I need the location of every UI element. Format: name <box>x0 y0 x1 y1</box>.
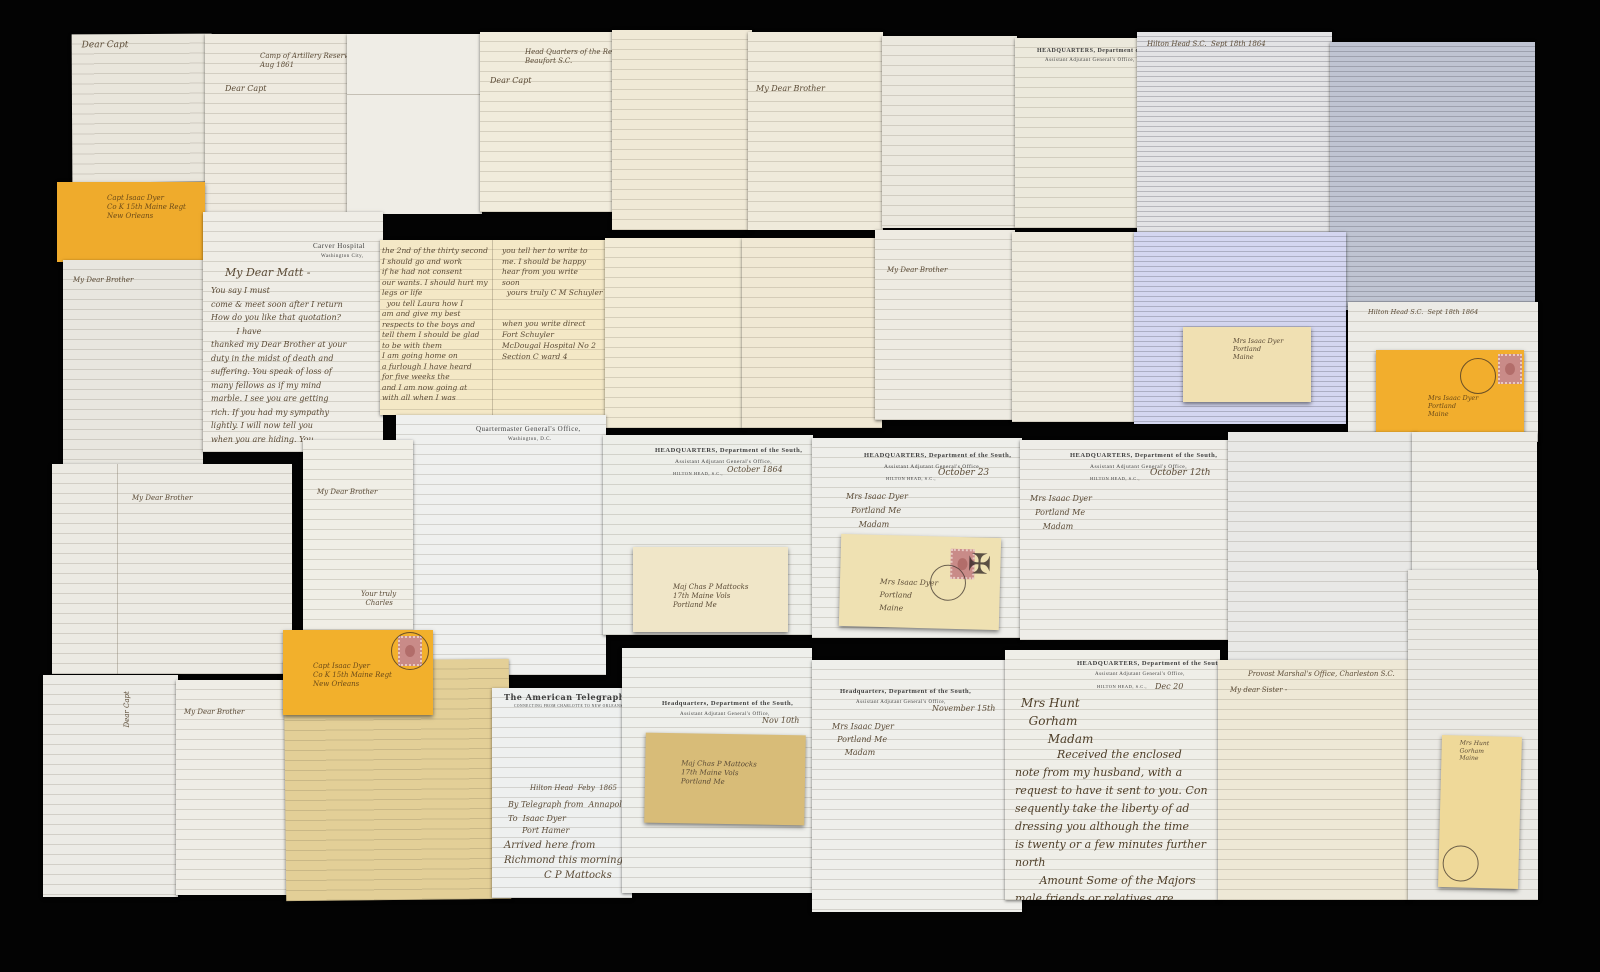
cancellation-mark: ✠ <box>964 549 995 580</box>
telegram-date: Hilton Head Feby 1865 <box>530 784 617 793</box>
letter-salutation: My Dear Brother <box>73 276 133 285</box>
letter-camp: Head Quarters of the Regt Beaufort S.C. … <box>480 32 615 212</box>
fold-line <box>117 464 118 674</box>
letter-brother-left: My Dear Brother <box>63 260 203 465</box>
telegram-body: Arrived here from Richmond this morning <box>504 838 623 868</box>
letterhead-title: HEADQUARTERS, Department of the South, <box>1077 660 1220 667</box>
letterhead-subtitle: Assistant Adjutant General's Office, <box>1045 58 1135 63</box>
envelope-mattocks: Maj Chas P Mattocks 17th Maine Vols Port… <box>633 547 788 632</box>
fold-line <box>492 240 493 415</box>
letter-dear-matt: Carver Hospital Washington City, My Dear… <box>203 212 383 452</box>
letterhead-title: Carver Hospital <box>313 242 365 250</box>
letter-center-row2-b <box>742 238 882 428</box>
letter-blue-top <box>1330 42 1535 310</box>
letter-heading: Head Quarters of the Regt Beaufort S.C. <box>525 48 615 66</box>
fold-line <box>347 94 482 95</box>
envelope-address: Mrs Isaac Dyer Portland Maine <box>1233 337 1283 361</box>
letter-center-row2-c: My Dear Brother <box>875 230 1015 420</box>
envelope-orange-right: Mrs Isaac Dyer Portland Maine <box>1376 350 1524 435</box>
letter-right-row3 <box>1228 432 1418 662</box>
envelope-address: Capt Isaac Dyer Co K 15th Maine Regt New… <box>107 194 186 220</box>
letter-salutation: My Dear Brother <box>317 488 377 497</box>
envelope-address: Mrs Isaac Dyer Portland Maine <box>879 575 938 616</box>
envelope-address: Maj Chas P Mattocks 17th Maine Vols Port… <box>681 759 757 787</box>
letter-date: Nov 10th <box>762 716 799 726</box>
telegraph-company-title: The American Telegraph Company. <box>504 692 632 702</box>
envelope-stained: Maj Chas P Mattocks 17th Maine Vols Port… <box>644 733 806 826</box>
letter-far-right-row3 <box>1412 432 1537 572</box>
letterhead-place: HILTON HEAD, S.C., <box>1090 476 1140 481</box>
letter-salutation: Mrs Isaac Dyer Portland Me Madam <box>846 490 908 532</box>
envelope-orange-csa: Capt Isaac Dyer Co K 15th Maine Regt New… <box>283 630 433 715</box>
letter-top-blank <box>347 34 482 214</box>
letter-top-center-3 <box>882 36 1017 228</box>
letter-hq-top: HEADQUARTERS, Department of the South, A… <box>1015 38 1145 228</box>
envelope-address: Mrs Hunt Gorham Maine <box>1459 739 1489 762</box>
letterhead-subtitle: Assistant Adjutant General's Office, <box>1095 672 1185 677</box>
letter-bottom-left-1: Dear Capt <box>43 675 178 897</box>
letter-hq-2: HEADQUARTERS, Department of the South, A… <box>1020 440 1230 640</box>
letter-top-center-2: My Dear Brother <box>748 32 883 230</box>
envelope-address: Capt Isaac Dyer Co K 15th Maine Regt New… <box>313 662 392 688</box>
envelope-address: Mrs Isaac Dyer Portland Maine <box>1428 394 1478 418</box>
postage-stamp <box>1498 354 1522 384</box>
letterhead-title: Quartermaster General's Office, <box>476 425 581 433</box>
letter-top-left-2: Camp of Artillery Reserve Aug 1861 Dear … <box>205 34 350 214</box>
letterhead-title: HEADQUARTERS, Department of the South, <box>655 447 802 454</box>
docket-note: Dear Capt <box>123 691 132 727</box>
letter-brother-chas: My Dear Brother Your truly Charles <box>303 440 413 630</box>
letter-heading: Camp of Artillery Reserve Aug 1861 <box>260 52 350 70</box>
letter-date: October 23 <box>938 468 989 479</box>
postmark <box>391 632 429 670</box>
letter-date: November 15th <box>932 704 995 714</box>
letter-provost-marshal: Provost Marshal's Office, Charleston S.C… <box>1218 660 1410 900</box>
letter-bottom-left-2: My Dear Brother <box>176 680 296 895</box>
telegraph-subtitle: CONNECTING FROM CHARLOTTE TO NEW ORLEANS… <box>514 704 624 708</box>
letter-body-right: you tell her to write to me. I should be… <box>502 246 602 299</box>
letter-salutation: Dear Capt <box>490 76 532 86</box>
letter-date: October 12th <box>1150 468 1211 479</box>
telegram-to: To Isaac Dyer <box>508 814 566 824</box>
letter-salutation: Mrs Hunt Gorham Madam <box>1021 694 1093 748</box>
envelope-buff-lavender: Mrs Isaac Dyer Portland Maine <box>1183 327 1311 402</box>
letter-salutation: My Dear Brother <box>184 708 244 717</box>
letter-center-row2-d <box>1012 232 1137 422</box>
letter-top-center <box>612 30 752 230</box>
telegram-place: Port Hamer <box>522 826 569 836</box>
telegram: The American Telegraph Company. CONNECTI… <box>492 688 632 898</box>
envelope-buff-bottom-right: Mrs Hunt Gorham Maine <box>1438 735 1522 889</box>
letter-heading: Provost Marshal's Office, Charleston S.C… <box>1248 670 1395 679</box>
letter-salutation: Mrs Isaac Dyer Portland Me Madam <box>1030 492 1092 534</box>
letter-dense-top: Hilton Head S.C. Sept 18th 1864 <box>1137 32 1332 242</box>
letterhead-place: HILTON HEAD, S.C., <box>1097 684 1147 689</box>
letter-body: You say I must come & meet soon after I … <box>211 284 346 446</box>
letter-hq-4: Headquarters, Department of the South, A… <box>812 660 1022 912</box>
letterhead-title: Headquarters, Department of the South, <box>840 688 971 695</box>
return-address: when you write direct Fort Schuyler McDo… <box>502 318 596 362</box>
letterhead-place: Washington City, <box>321 254 364 259</box>
letter-left-row3: My Dear Brother <box>52 464 292 674</box>
letterhead-title: HEADQUARTERS, Department of the South, <box>864 452 1011 459</box>
letterhead-title: Headquarters, Department of the South, <box>662 700 793 707</box>
letter-date: October 1864 <box>727 465 783 475</box>
letter-salutation: Mrs Isaac Dyer Portland Me Madam <box>832 720 894 759</box>
letter-heading: Hilton Head S.C. Sept 18th 1864 <box>1147 40 1266 49</box>
letter-signature: Your truly Charles <box>361 590 396 608</box>
telegram-signature: C P Mattocks <box>544 870 612 883</box>
postmark <box>1460 358 1496 394</box>
handwriting-note: Dear Capt <box>82 40 129 51</box>
letter-salutation: My Dear Matt - <box>225 266 311 280</box>
letterhead-place: HILTON HEAD, S.C., <box>673 471 723 476</box>
letter-body-left: the 2nd of the thirty second I should go… <box>382 246 488 404</box>
letterhead-place: Washington, D.C. <box>508 437 552 442</box>
letter-salutation: My Dear Brother <box>132 494 192 503</box>
letter-top-left-1: Dear Capt <box>72 34 213 183</box>
letter-hq-hunt: HEADQUARTERS, Department of the South, A… <box>1005 650 1220 900</box>
postmark <box>1442 845 1479 882</box>
letter-date: Dec 20 <box>1155 682 1183 692</box>
letter-center-row2 <box>605 238 745 428</box>
letterhead-title: HEADQUARTERS, Department of the South, <box>1037 48 1145 54</box>
envelope-orange-top-left: Capt Isaac Dyer Co K 15th Maine Regt New… <box>57 182 205 262</box>
letterhead-place: HILTON HEAD, S.C., <box>886 476 936 481</box>
letter-salutation: My Dear Brother <box>887 266 947 275</box>
letter-salutation: My dear Sister - <box>1230 686 1287 695</box>
letterhead-title: HEADQUARTERS, Department of the South, <box>1070 452 1217 459</box>
letter-salutation: My Dear Brother <box>756 84 825 94</box>
letter-schuyler: the 2nd of the thirty second I should go… <box>380 240 608 415</box>
letter-body: Received the enclosed note from my husba… <box>1015 746 1208 900</box>
telegram-from: By Telegraph from Annapolis Md <box>508 800 632 810</box>
letterhead-subtitle: Assistant Adjutant General's Office, <box>680 712 770 717</box>
envelope-dyer-stamped: ✠ Mrs Isaac Dyer Portland Maine <box>839 534 1001 630</box>
letter-salutation: Dear Capt <box>225 84 267 94</box>
letter-heading: Hilton Head S.C. Sept 18th 1864 <box>1368 308 1478 316</box>
envelope-address: Maj Chas P Mattocks 17th Maine Vols Port… <box>673 583 748 609</box>
